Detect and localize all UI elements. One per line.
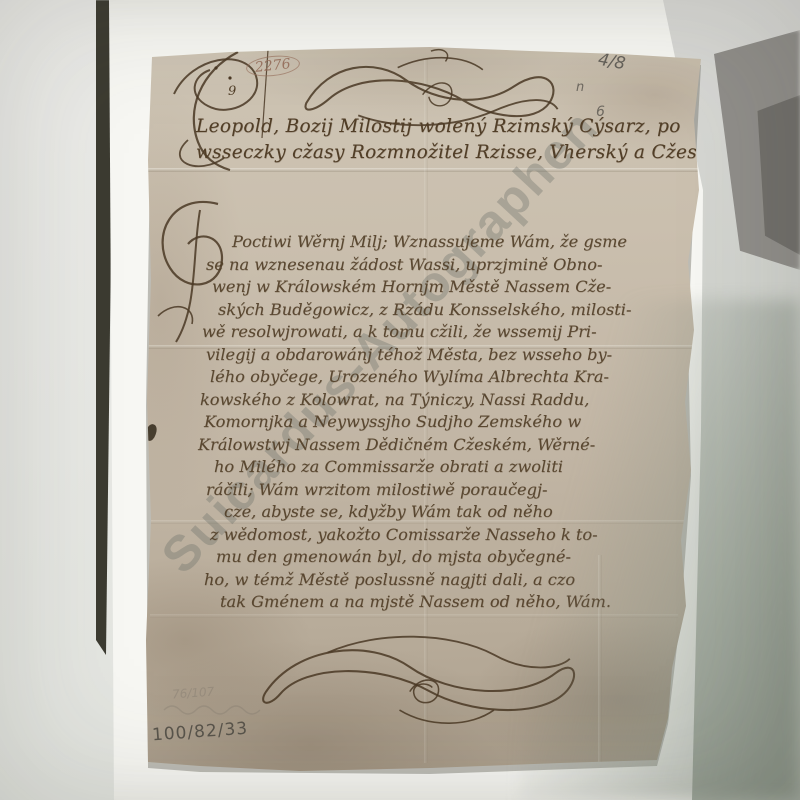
manuscript-line: mu den gmenowán byl, do mjsta obyčegné-: [216, 546, 690, 569]
manuscript-line: se na wznesenau žádost Wassi, uprzjmině …: [206, 254, 690, 277]
manuscript-line: ho, w témž Městě poslussně nagjti dali, …: [204, 569, 690, 592]
manuscript-line: Poctiwi Wěrnj Milj; Wznassujeme Wám, že …: [232, 231, 690, 254]
manuscript-line: wenj w Králowském Hornjm Městě Nassem Cž…: [212, 276, 690, 299]
manuscript-line: ráčili; Wám wrzitom milostiwě poraučegj-: [206, 479, 690, 502]
manuscript-line: tak Gménem a na mjstě Nassem od něho, Wá…: [220, 591, 690, 614]
header-line: Leopold, Bozij Milostij wolený Rzimský C…: [196, 114, 686, 140]
manuscript-line: kowského z Kolowrat, na Týniczy, Nassi R…: [200, 389, 690, 412]
corner-pencil-letter: n: [576, 80, 584, 95]
faint-pencil-note: 76/107: [172, 685, 215, 702]
royal-intitulatio: Leopold, Bozij Milostij wolený Rzimský C…: [196, 114, 686, 166]
header-line: wsseczky cžasy Rozmnožitel Rzisse, Vhers…: [196, 140, 686, 166]
manuscript-line: lého obyčege, Urozeného Wylíma Albrechta…: [210, 366, 690, 389]
manuscript-line: Králowstwj Nassem Dědičném Cžeském, Wěrn…: [198, 434, 690, 457]
manuscript-line: Komornjka a Neywyssjho Sudjho Zemského w: [204, 411, 690, 434]
faint-pencil-squiggle: [162, 702, 282, 716]
manuscript-line: z wědomost, yakožto Comissarže Nasseho k…: [210, 524, 690, 547]
corner-pencil-number: 6: [596, 104, 605, 120]
manuscript-line: ho Milého za Commissarže obrati a zwolit…: [214, 456, 690, 479]
letter-body-text: Poctiwi Wěrnj Milj; Wznassujeme Wám, že …: [190, 231, 690, 614]
manuscript-line: ských Buděgowicz, z Rzádu Konsselského, …: [218, 299, 690, 322]
ink-marginal-number: 9: [228, 84, 236, 99]
manuscript-line: wě resolwjrowati, a k tomu cžili, že wss…: [202, 321, 690, 344]
bottom-knot-flourish-icon: [255, 628, 585, 746]
inventory-number: 100/82/33: [151, 719, 248, 746]
manuscript-line: cze, abyste se, kdyžby Wám tak od něho: [224, 501, 690, 524]
photo-of-manuscript: Suicardus-Autographen 9: [0, 0, 800, 800]
manuscript-line: vilegij a obdarowánj téhož Města, bez ws…: [206, 344, 690, 367]
